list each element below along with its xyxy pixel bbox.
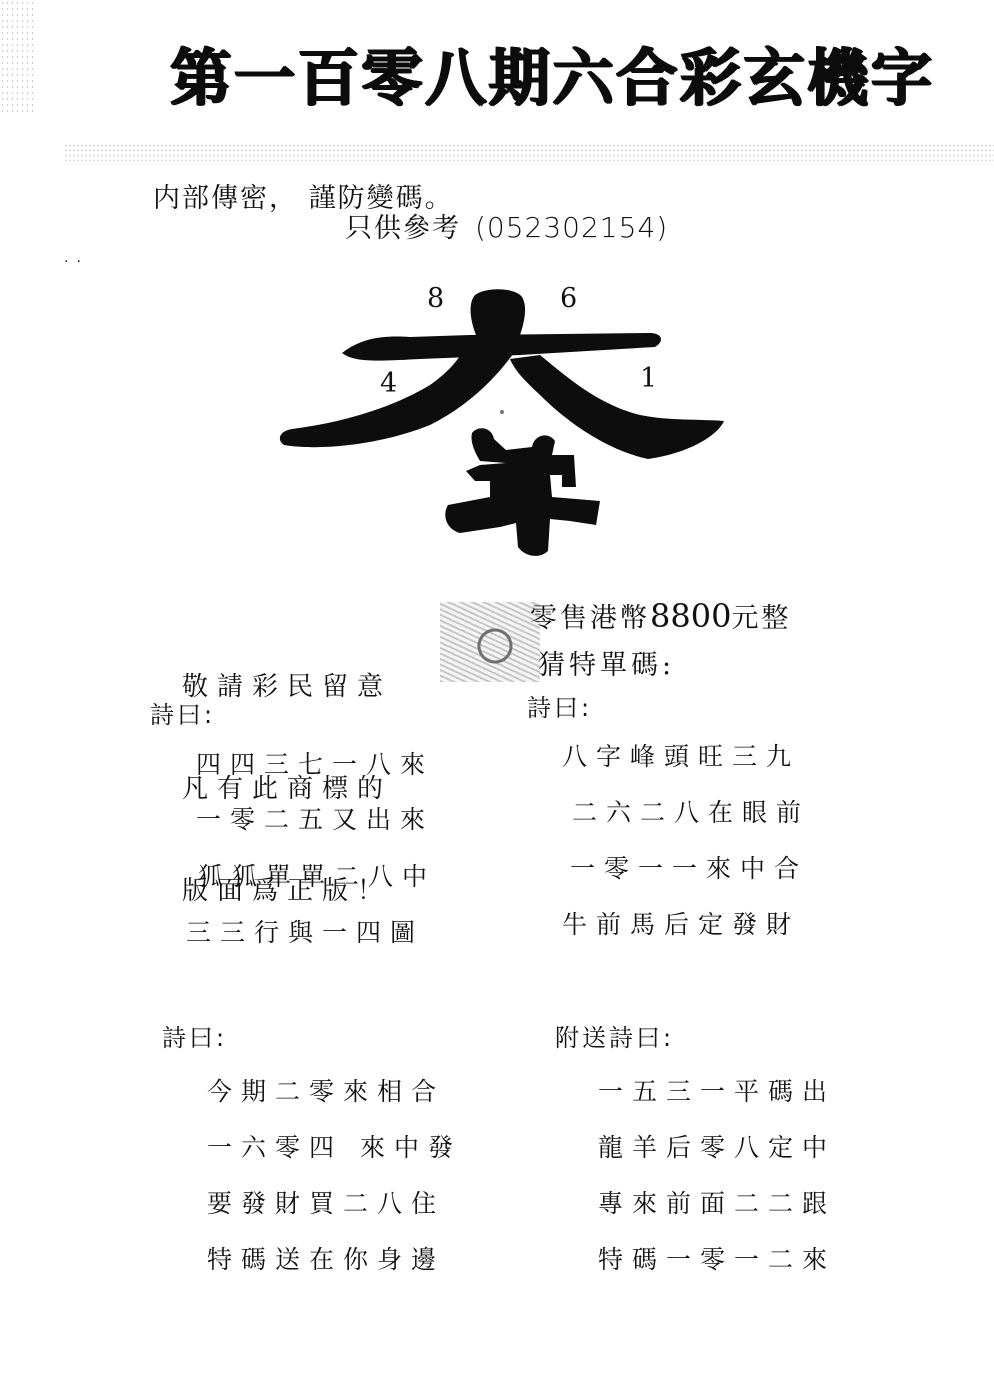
poem-heading: 詩曰: [527, 688, 592, 723]
poem-line: 要發財買二八住 [207, 1184, 445, 1220]
price-amount: 8800 [650, 597, 731, 635]
document-title: 第一百零八期六合彩玄機字 [170, 38, 856, 118]
poem-line: 特碼送在你身邊 [207, 1240, 445, 1276]
reference-label: 只供參考 [345, 213, 461, 244]
scan-noise-left [0, 0, 36, 112]
price-suffix: 元整 [731, 603, 791, 634]
poem-line: 狐狐單單二八中 [198, 857, 436, 893]
scan-dots: .. [64, 250, 89, 266]
poem-line: 一零一一來中合 [570, 849, 808, 885]
poem-line: 今期二零來相合 [207, 1072, 445, 1108]
poem-heading: 詩曰: [162, 1018, 227, 1053]
logo-number-top-right: 6 [560, 283, 577, 314]
poem-line: 龍羊后零八定中 [598, 1128, 836, 1164]
poem-line: 一零二五又出來 [196, 800, 434, 836]
logo-number-mid-right: 1 [640, 363, 657, 394]
brand-logo: 8 6 4 1 [270, 275, 740, 560]
scan-noise-band [64, 143, 994, 165]
reference-line: 只供參考(052302154) [345, 206, 668, 245]
poem-line: 一六零四 來中發 [207, 1128, 462, 1164]
poem-heading: 詩曰: [150, 695, 215, 730]
logo-number-mid-left: 4 [380, 368, 397, 399]
retail-price: 零售港幣8800元整 [530, 596, 791, 635]
poem-line: 四四三七一八來 [196, 745, 434, 781]
poem-line: 八字峰頭旺三九 [562, 737, 800, 773]
dahua-logo-icon [270, 275, 740, 560]
poem-line: 三三行與一四圖 [186, 913, 424, 949]
logo-number-top-left: 8 [427, 283, 444, 314]
poem-line: 專來前面二二跟 [598, 1184, 836, 1220]
poem-line: 一五三一平碼出 [598, 1072, 836, 1108]
trademark-stamp-image [440, 602, 540, 682]
reference-number: (052302154) [475, 211, 668, 244]
poem-line: 特碼一零一二來 [598, 1240, 836, 1276]
bonus-poem-heading: 附送詩曰: [555, 1018, 674, 1053]
price-prefix: 零售港幣 [530, 603, 650, 634]
poem-line: 二六二八在眼前 [572, 793, 810, 829]
guess-label: 猜特單碼: [538, 643, 675, 682]
poem-line: 牛前馬后定發財 [562, 905, 800, 941]
